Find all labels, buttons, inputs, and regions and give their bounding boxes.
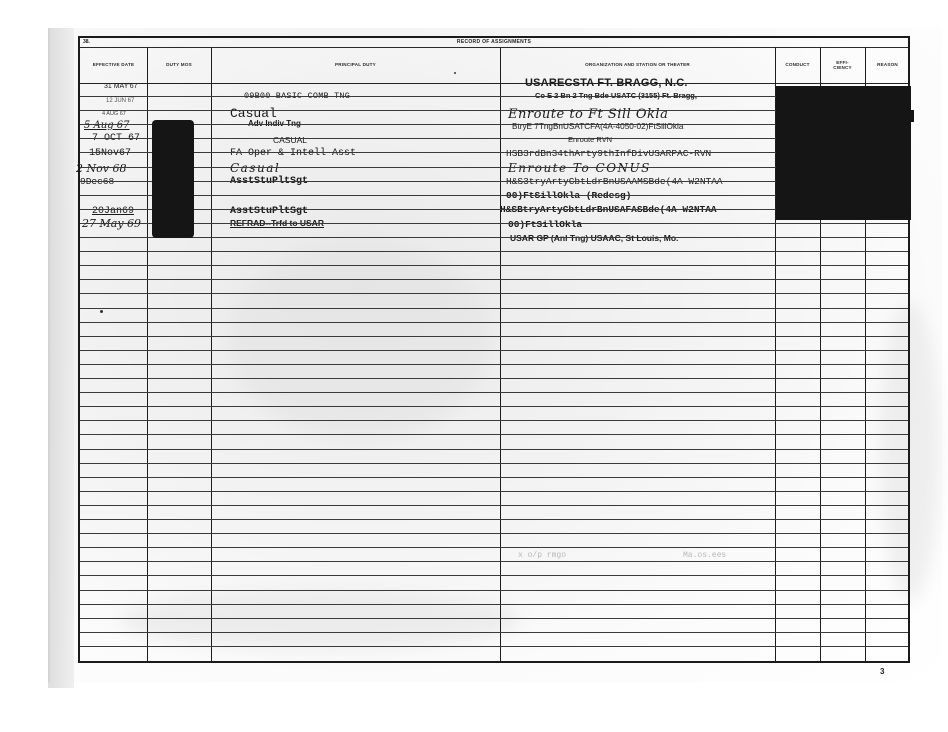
row-rule [80, 378, 908, 379]
row-rule [80, 632, 908, 633]
row-rule [80, 533, 908, 534]
header-duty-mos: DUTY MOS [147, 48, 211, 82]
row-rule [80, 336, 908, 337]
redaction-ratings [776, 86, 911, 220]
row-rule [80, 308, 908, 309]
row-rule [80, 420, 908, 421]
row-rule [80, 350, 908, 351]
entry-5-principal-duty: CASUAL [273, 135, 307, 145]
row-rule [80, 618, 908, 619]
row-rule [80, 505, 908, 506]
entry-4-date: 5 Aug 67 [84, 120, 130, 131]
entry-7-organization: Enroute To CONUS [508, 161, 651, 175]
entry-7-principal-duty: Casual [230, 161, 280, 175]
entry-6-date: 15Nov67 [89, 148, 131, 159]
entry-2-date: 12 JUN 67 [106, 98, 134, 104]
row-rule [80, 434, 908, 435]
entry-1-date: 31 MAY'67 [104, 83, 138, 90]
header-effective-date: EFFECTIVE DATE [80, 48, 147, 82]
entry-5-organization: Enroute RVN [568, 135, 612, 144]
entry-7-date: 2 Nov 68 [76, 162, 126, 175]
redaction-edge [908, 110, 914, 122]
row-rule [80, 237, 908, 238]
row-rule [80, 590, 908, 591]
row-rule [80, 604, 908, 605]
row-rule [80, 83, 908, 84]
row-rule [80, 575, 908, 576]
row-rule [80, 463, 908, 464]
row-rule [80, 392, 908, 393]
bleed-through-text: Ma.os.ees [683, 551, 726, 560]
entry-6-organization: HSB3rdBn34thArty9thInfDivUSARPAC-RVN [506, 148, 711, 159]
header-principal-duty: PRINCIPAL DUTY [211, 48, 500, 82]
row-rule [80, 406, 908, 407]
row-rule [80, 279, 908, 280]
header-reason: REASON [865, 48, 910, 82]
row-rule [80, 265, 908, 266]
entry-6-principal-duty: FA Oper & Intell Asst [230, 148, 356, 159]
row-rule [80, 547, 908, 548]
row-rule [80, 519, 908, 520]
entry-3-date: 4 AUG 67 [102, 111, 126, 117]
row-rule [80, 561, 908, 562]
row-rule [80, 477, 908, 478]
row-rule [80, 251, 908, 252]
redaction-duty-mos [152, 120, 194, 238]
entry-11-organization: 00)FtSillOkla [508, 219, 582, 230]
row-rule [80, 449, 908, 450]
ink-speck [100, 310, 103, 313]
row-rule [80, 364, 908, 365]
row-rule [80, 491, 908, 492]
entry-10-principal-duty: AsstStuPltSgt [230, 206, 308, 217]
form-title: RECORD OF ASSIGNMENTS [80, 39, 908, 45]
page-number: 3 [880, 667, 884, 676]
bleed-through-text: x o/p rmgo [518, 551, 566, 560]
row-rule [80, 293, 908, 294]
entry-10-date: 20Jan69 [92, 206, 134, 217]
ink-speck [454, 72, 456, 74]
paper-edge-shadow [48, 28, 74, 688]
row-rule [80, 646, 908, 647]
header-efficiency: EFFI-CIENCY [820, 48, 865, 82]
entry-12-organization: USAR GP (Anl Tng) USAAC, St Louis, Mo. [510, 233, 678, 243]
header-conduct: CONDUCT [775, 48, 820, 82]
row-rule [80, 322, 908, 323]
row-rule [80, 223, 908, 224]
